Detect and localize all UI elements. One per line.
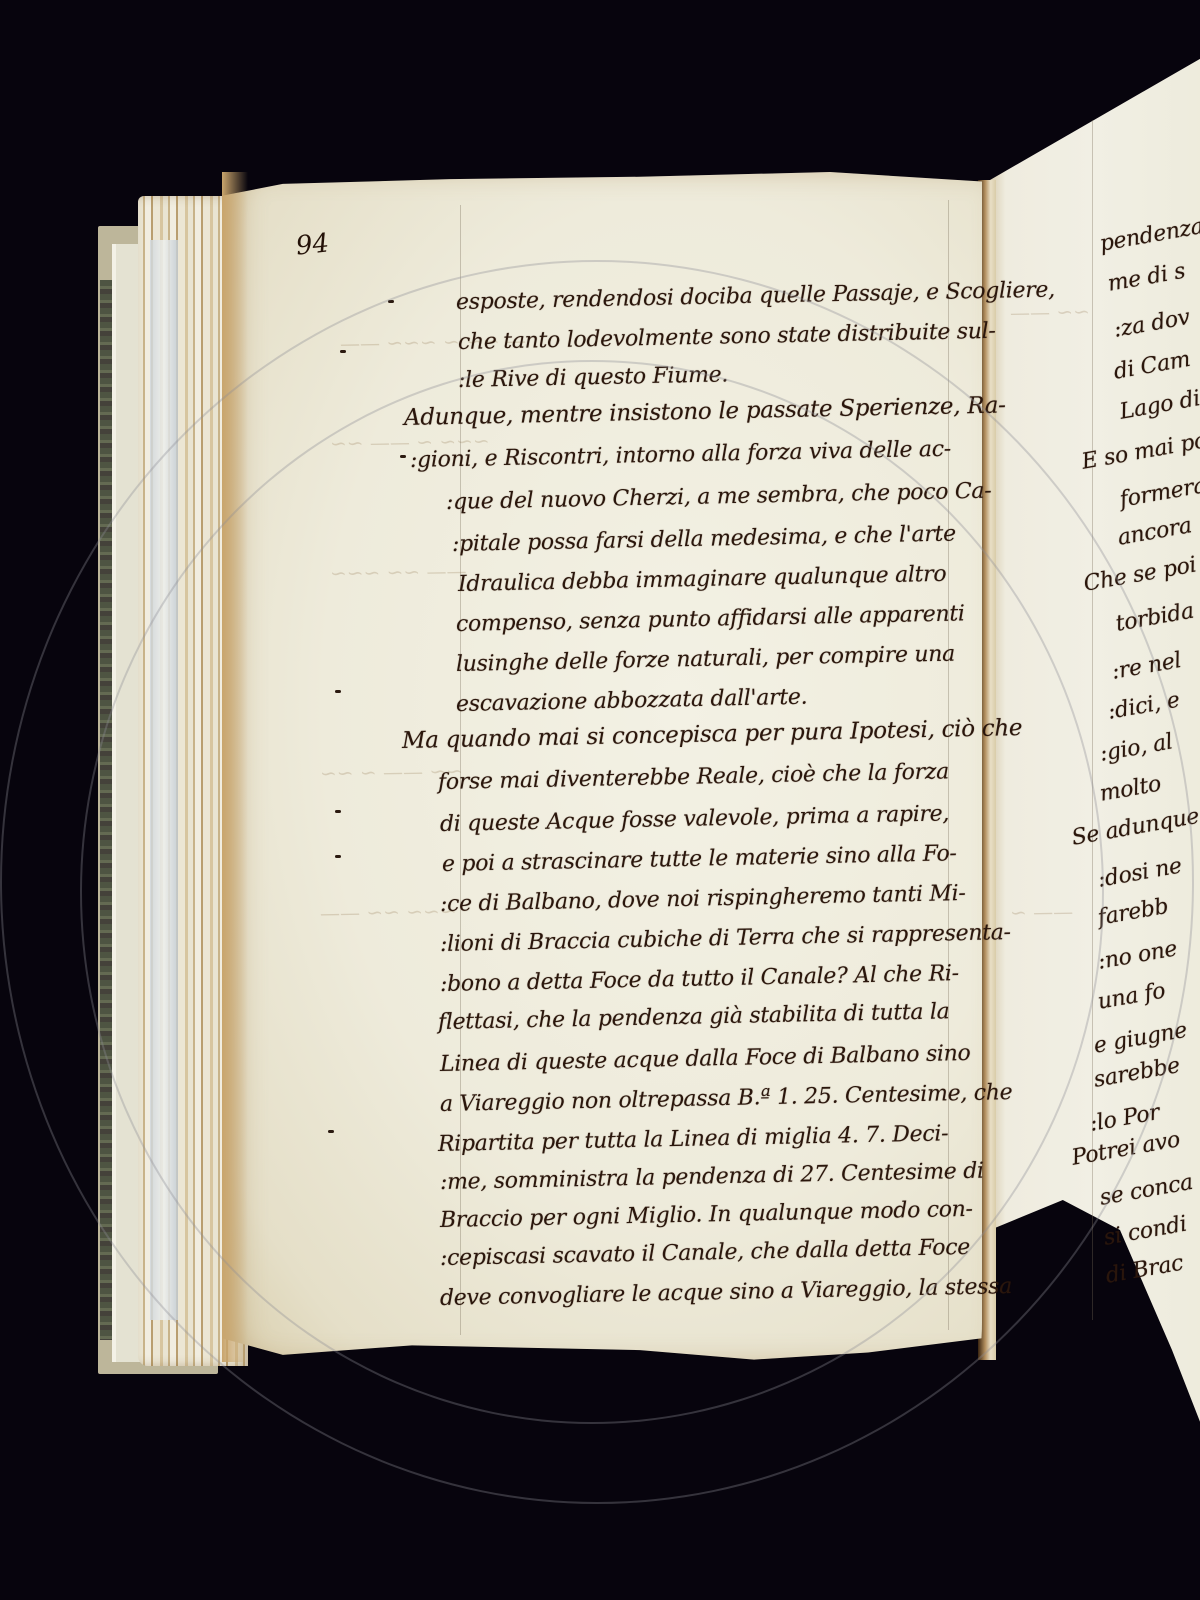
margin-mark: [388, 300, 394, 303]
margin-mark: [400, 455, 406, 458]
bleed-through-text: —— ~: [1010, 899, 1074, 924]
margin-mark: [335, 690, 341, 693]
photo-stage: — ~~ ~ ~~~ —— ~~~ ~ —— ~~ —— ~~ ~~~ ~~ —…: [0, 0, 1200, 1600]
page-number: 94: [295, 228, 331, 261]
cover-marbling: [100, 280, 112, 1340]
right-page-ruling: [1092, 120, 1093, 1320]
margin-mark: [335, 810, 341, 813]
bleed-through-text: ~~~ ~~ ——: [320, 899, 457, 925]
margin-mark: [335, 855, 341, 858]
left-page-foxing-edge: [222, 172, 248, 1362]
page-stack-light-edge: [150, 240, 178, 1320]
right-page: [990, 30, 1200, 1530]
bleed-through-text: —— ~~ ~~~: [330, 559, 467, 585]
margin-mark: [340, 350, 346, 353]
margin-mark: [328, 1130, 334, 1133]
